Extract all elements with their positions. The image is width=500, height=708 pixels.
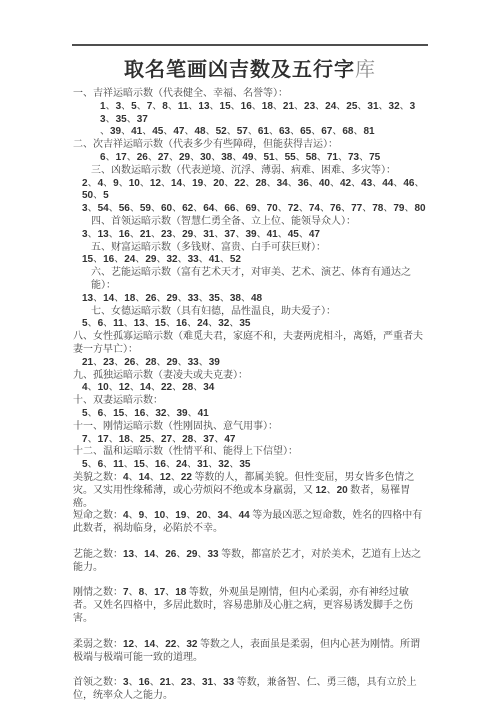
- number-value: 5: [131, 101, 137, 112]
- section-header: 四、首领运暗示数（智慧仁勇全备、立上位、能领导众人）：: [73, 216, 428, 229]
- number-line: 4、10、12、14、22、28、34: [73, 382, 428, 395]
- number-value: 18: [124, 293, 135, 304]
- number-value: 16: [241, 101, 252, 112]
- number-value: 14: [144, 639, 155, 650]
- number-value: 16: [134, 408, 145, 419]
- number-line: 21、23、26、28、29、33、39: [73, 357, 428, 370]
- number-value: 2: [82, 178, 88, 189]
- number-value: 55: [285, 152, 296, 163]
- number-value: 4: [82, 382, 88, 393]
- number-value: 26: [124, 357, 135, 368]
- number-value: 29: [167, 293, 178, 304]
- number-value: 23: [103, 357, 114, 368]
- number-value: 1: [100, 101, 106, 112]
- number-value: 3: [116, 101, 122, 112]
- number-value: 32: [389, 101, 400, 112]
- number-value: 27: [158, 152, 169, 163]
- number-value: 12: [119, 382, 130, 393]
- number-value: 54: [98, 203, 109, 214]
- number-value: 41: [198, 408, 209, 419]
- number-value: 22: [161, 382, 172, 393]
- number-value: 18: [175, 587, 186, 598]
- number-value: 58: [306, 152, 317, 163]
- number-value: 28: [182, 382, 193, 393]
- number-line: 13、14、18、26、29、33、35、38、48: [73, 293, 428, 306]
- number-value: 6: [98, 408, 104, 419]
- number-value: 19: [192, 178, 203, 189]
- number-value: 15: [155, 318, 166, 329]
- section-header: 八、女性孤寡运暗示数（难觅夫君，家庭不和，夫妻两虎相斗，离婚，严重者夫妻一方早亡…: [73, 331, 428, 357]
- number-value: 48: [251, 293, 262, 304]
- number-value: 22: [181, 472, 192, 483]
- section: 二、次吉祥运暗示数（代表多少有些障碍，但能获得吉运）：6、17、26、27、29…: [73, 139, 428, 165]
- number-value: 31: [367, 101, 378, 112]
- section-header: 六、艺能运暗示数（富有艺术天才，对审美、艺术、演艺、体育有通达之能）：: [73, 267, 428, 293]
- number-value: 45: [288, 229, 299, 240]
- number-value: 33: [188, 293, 199, 304]
- number-value: 31: [203, 229, 214, 240]
- number-value: 21: [82, 357, 93, 368]
- number-line: 6、17、26、27、29、30、38、49、51、55、58、71、73、75: [73, 152, 428, 165]
- number-value: 24: [325, 101, 336, 112]
- number-value: 32: [155, 408, 166, 419]
- number-value: 9: [139, 510, 145, 521]
- number-value: 24: [124, 254, 135, 265]
- number-value: 66: [224, 203, 235, 214]
- number-value: 27: [161, 434, 172, 445]
- number-value: 19: [175, 510, 186, 521]
- number-value: 12: [316, 485, 327, 496]
- paragraph: 柔弱之数：12、14、22、32 等数之人，表面虽是柔弱，但内心甚为刚情。所谓极…: [73, 639, 428, 665]
- number-value: 21: [140, 229, 151, 240]
- number-value: 39: [245, 229, 256, 240]
- number-line: 3、54、56、59、60、62、64、66、69、70、72、74、76、77…: [73, 203, 428, 216]
- section-header: 三、凶数运暗示数（代表逆境、沉浮、薄弱、病难、困难、多灾等）：: [73, 165, 428, 178]
- page-title-main: 取名笔画凶吉数及五行字: [124, 59, 355, 81]
- number-value: 52: [230, 254, 241, 265]
- number-value: 20: [337, 485, 348, 496]
- number-line: 5、6、11、15、16、24、31、32、35: [73, 459, 428, 472]
- number-value: 8: [139, 587, 145, 598]
- paragraph: 艺能之数：13、14、26、29、33 等数，都富於艺才，对於美术，艺道有上达之…: [73, 549, 428, 575]
- number-value: 62: [182, 203, 193, 214]
- number-value: 41: [131, 126, 142, 137]
- number-line: 、39、41、45、47、48、52、57、61、63、65、67、68、81: [73, 126, 428, 139]
- section-header: 七、女德运暗示数（具有妇德，品性温良，助夫爱子）：: [73, 306, 428, 319]
- section-header: 十、双妻运暗示数：: [73, 395, 428, 408]
- number-value: 7: [147, 101, 153, 112]
- section-header: 一、吉祥运暗示数（代表健全、幸福、名誉等）：: [73, 88, 428, 101]
- number-value: 3: [123, 677, 129, 688]
- number-value: 35: [239, 318, 250, 329]
- section-header: 五、财富运暗示数（多钱财、富贵、白手可获巨财）：: [73, 242, 428, 255]
- number-value: 33: [208, 549, 219, 560]
- number-value: 25: [140, 434, 151, 445]
- number-value: 33: [188, 254, 199, 265]
- number-value: 6: [100, 152, 106, 163]
- number-value: 12: [160, 472, 171, 483]
- number-value: 16: [155, 459, 166, 470]
- number-line: 5、6、11、13、15、16、24、32、35: [73, 318, 428, 331]
- number-value: 34: [203, 382, 214, 393]
- number-line: 5、6、15、16、32、39、41: [73, 408, 428, 421]
- number-value: 13: [123, 549, 134, 560]
- number-line: 2、4、9、10、12、14、19、20、22、28、34、36、40、42、4…: [73, 178, 428, 204]
- page-title-tail: 库: [355, 59, 376, 81]
- number-value: 38: [221, 152, 232, 163]
- number-value: 8: [162, 101, 168, 112]
- number-value: 23: [304, 101, 315, 112]
- number-value: 46: [403, 178, 414, 189]
- number-value: 39: [110, 126, 121, 137]
- number-value: 68: [342, 126, 353, 137]
- number-value: 34: [218, 510, 229, 521]
- number-value: 5: [82, 459, 88, 470]
- number-value: 80: [414, 203, 425, 214]
- number-value: 74: [309, 203, 320, 214]
- number-value: 37: [137, 114, 148, 125]
- number-value: 14: [144, 549, 155, 560]
- number-value: 47: [173, 126, 184, 137]
- section: 八、女性孤寡运暗示数（难觅夫君，家庭不和，夫妻两虎相斗，离婚，严重者夫妻一方早亡…: [73, 331, 428, 369]
- section-header: 十一、刚情运暗示数（性刚固执、意气用事）：: [73, 421, 428, 434]
- section: 四、首领运暗示数（智慧仁勇全备、立上位、能领导众人）：3、13、16、21、23…: [73, 216, 428, 242]
- number-value: 11: [178, 101, 189, 112]
- number-value: 69: [245, 203, 256, 214]
- number-value: 34: [277, 178, 288, 189]
- number-value: 15: [113, 408, 124, 419]
- number-value: 4: [123, 472, 129, 483]
- number-value: 63: [279, 126, 290, 137]
- section: 六、艺能运暗示数（富有艺术天才，对审美、艺术、演艺、体育有通达之能）：13、14…: [73, 267, 428, 305]
- section-header: 九、孤独运暗示数（妻凌夫或夫克妻）：: [73, 370, 428, 383]
- number-value: 5: [82, 318, 88, 329]
- number-value: 4: [98, 178, 104, 189]
- section: 十一、刚情运暗示数（性刚固执、意气用事）：7、17、18、25、27、28、37…: [73, 421, 428, 447]
- number-value: 70: [267, 203, 278, 214]
- number-value: 38: [230, 293, 241, 304]
- number-value: 43: [361, 178, 372, 189]
- number-value: 73: [348, 152, 359, 163]
- number-value: 23: [181, 677, 192, 688]
- number-value: 77: [351, 203, 362, 214]
- number-value: 17: [154, 587, 165, 598]
- number-value: 78: [372, 203, 383, 214]
- number-value: 45: [152, 126, 163, 137]
- number-value: 47: [309, 229, 320, 240]
- number-value: 5: [82, 408, 88, 419]
- number-value: 32: [186, 639, 197, 650]
- number-value: 35: [239, 459, 250, 470]
- number-value: 11: [113, 318, 124, 329]
- number-value: 35: [209, 293, 220, 304]
- number-value: 14: [140, 382, 151, 393]
- number-value: 30: [200, 152, 211, 163]
- number-line: 7、17、18、25、27、28、37、47: [73, 434, 428, 447]
- number-value: 18: [119, 434, 130, 445]
- number-value: 28: [255, 178, 266, 189]
- number-value: 65: [300, 126, 311, 137]
- number-value: 15: [82, 254, 93, 265]
- number-value: 29: [179, 152, 190, 163]
- number-value: 60: [161, 203, 172, 214]
- number-value: 11: [113, 459, 124, 470]
- number-value: 22: [165, 639, 176, 650]
- number-value: 28: [182, 434, 193, 445]
- number-line: 3、13、16、21、23、29、31、37、39、41、45、47: [73, 229, 428, 242]
- number-value: 20: [196, 510, 207, 521]
- number-value: 26: [137, 152, 148, 163]
- number-value: 47: [224, 434, 235, 445]
- number-value: 76: [330, 203, 341, 214]
- number-value: 64: [203, 203, 214, 214]
- number-value: 32: [218, 318, 229, 329]
- number-value: 57: [237, 126, 248, 137]
- number-value: 24: [197, 318, 208, 329]
- number-value: 37: [224, 229, 235, 240]
- title-divider: [72, 44, 428, 46]
- number-value: 15: [134, 459, 145, 470]
- number-value: 36: [298, 178, 309, 189]
- number-value: 41: [267, 229, 278, 240]
- section-header: 二、次吉祥运暗示数（代表多少有些障碍，但能获得吉运）：: [73, 139, 428, 152]
- number-value: 29: [182, 229, 193, 240]
- number-value: 13: [198, 101, 209, 112]
- number-value: 56: [119, 203, 130, 214]
- number-value: 49: [242, 152, 253, 163]
- number-value: 25: [346, 101, 357, 112]
- section: 十二、温和运暗示数（性情平和、能得上下信望）：5、6、11、15、16、24、3…: [73, 446, 428, 472]
- number-value: 14: [171, 178, 182, 189]
- section: 五、财富运暗示数（多钱财、富贵、白手可获巨财）：15、16、24、29、32、3…: [73, 242, 428, 268]
- number-value: 20: [213, 178, 224, 189]
- number-value: 22: [234, 178, 245, 189]
- paragraph: 刚情之数：7、8、17、18 等数，外观虽是刚情，但内心柔弱，亦有神经过敏者。又…: [73, 587, 428, 625]
- number-value: 12: [150, 178, 161, 189]
- number-value: 39: [177, 408, 188, 419]
- number-value: 10: [98, 382, 109, 393]
- number-value: 3: [82, 229, 88, 240]
- number-value: 13: [134, 318, 145, 329]
- number-value: 21: [160, 677, 171, 688]
- number-value: 42: [340, 178, 351, 189]
- number-value: 3: [82, 203, 88, 214]
- number-value: 33: [188, 357, 199, 368]
- number-value: 29: [167, 357, 178, 368]
- number-value: 33: [223, 677, 234, 688]
- section-header: 十二、温和运暗示数（性情平和、能得上下信望）：: [73, 446, 428, 459]
- number-value: 7: [82, 434, 88, 445]
- number-value: 13: [82, 293, 93, 304]
- number-value: 12: [123, 639, 134, 650]
- number-value: 26: [145, 293, 156, 304]
- number-value: 81: [364, 126, 375, 137]
- number-value: 7: [123, 587, 129, 598]
- number-value: 44: [239, 510, 250, 521]
- number-value: 10: [129, 178, 140, 189]
- section: 十、双妻运暗示数：5、6、15、16、32、39、41: [73, 395, 428, 421]
- number-value: 32: [218, 459, 229, 470]
- number-value: 31: [202, 677, 213, 688]
- number-value: 50: [82, 190, 93, 201]
- number-value: 23: [161, 229, 172, 240]
- number-value: 75: [369, 152, 380, 163]
- number-value: 10: [154, 510, 165, 521]
- number-value: 32: [167, 254, 178, 265]
- number-value: 29: [145, 254, 156, 265]
- number-value: 61: [258, 126, 269, 137]
- number-value: 26: [165, 549, 176, 560]
- number-line: 15、16、24、29、32、33、41、52: [73, 254, 428, 267]
- number-line: 1、3、5、7、8、11、13、15、16、18、21、23、24、25、31、…: [73, 101, 428, 127]
- number-value: 41: [209, 254, 220, 265]
- number-value: 13: [98, 229, 109, 240]
- number-value: 28: [145, 357, 156, 368]
- number-value: 51: [263, 152, 274, 163]
- number-value: 17: [98, 434, 109, 445]
- number-value: 39: [209, 357, 220, 368]
- number-value: 14: [103, 293, 114, 304]
- number-value: 31: [197, 459, 208, 470]
- number-value: 21: [283, 101, 294, 112]
- paragraph: 首领之数：3、16、21、23、31、33 等数，兼备智、仁、勇三德，具有立於上…: [73, 677, 428, 703]
- number-value: 5: [103, 190, 109, 201]
- number-value: 44: [382, 178, 393, 189]
- number-value: 4: [123, 510, 129, 521]
- number-value: 15: [220, 101, 231, 112]
- number-value: 16: [103, 254, 114, 265]
- document-page: 取名笔画凶吉数及五行字库 一、吉祥运暗示数（代表健全、幸福、名誉等）：1、3、5…: [0, 0, 500, 708]
- number-value: 71: [327, 152, 338, 163]
- number-value: 9: [113, 178, 119, 189]
- number-value: 6: [98, 459, 104, 470]
- number-value: 29: [186, 549, 197, 560]
- number-value: 16: [139, 677, 150, 688]
- paragraph: 短命之数：4、9、10、19、20、34、44 等为最凶恶之短命数，姓名的四格中…: [73, 510, 428, 536]
- number-value: 79: [393, 203, 404, 214]
- number-value: 16: [176, 318, 187, 329]
- number-value: 17: [116, 152, 127, 163]
- number-value: 16: [119, 229, 130, 240]
- number-value: 59: [140, 203, 151, 214]
- number-value: 18: [262, 101, 273, 112]
- number-value: 14: [139, 472, 150, 483]
- number-value: 67: [321, 126, 332, 137]
- number-value: 6: [98, 318, 104, 329]
- document-body: 一、吉祥运暗示数（代表健全、幸福、名誉等）：1、3、5、7、8、11、13、15…: [73, 88, 428, 703]
- section: 七、女德运暗示数（具有妇德，品性温良，助夫爱子）：5、6、11、13、15、16…: [73, 306, 428, 332]
- section: 一、吉祥运暗示数（代表健全、幸福、名誉等）：1、3、5、7、8、11、13、15…: [73, 88, 428, 139]
- number-value: 48: [195, 126, 206, 137]
- number-value: 40: [319, 178, 330, 189]
- number-value: 52: [216, 126, 227, 137]
- number-value: 24: [176, 459, 187, 470]
- paragraph: 美貌之数：4、14、12、22 等数的人，都属美貌。但性变屈，男女皆多色情之灾。…: [73, 472, 428, 510]
- section: 三、凶数运暗示数（代表逆境、沉浮、薄弱、病难、困难、多灾等）：2、4、9、10、…: [73, 165, 428, 216]
- number-value: 35: [116, 114, 127, 125]
- number-value: 37: [203, 434, 214, 445]
- page-title: 取名笔画凶吉数及五行字库: [0, 53, 500, 82]
- number-value: 72: [288, 203, 299, 214]
- section: 九、孤独运暗示数（妻凌夫或夫克妻）：4、10、12、14、22、28、34: [73, 370, 428, 396]
